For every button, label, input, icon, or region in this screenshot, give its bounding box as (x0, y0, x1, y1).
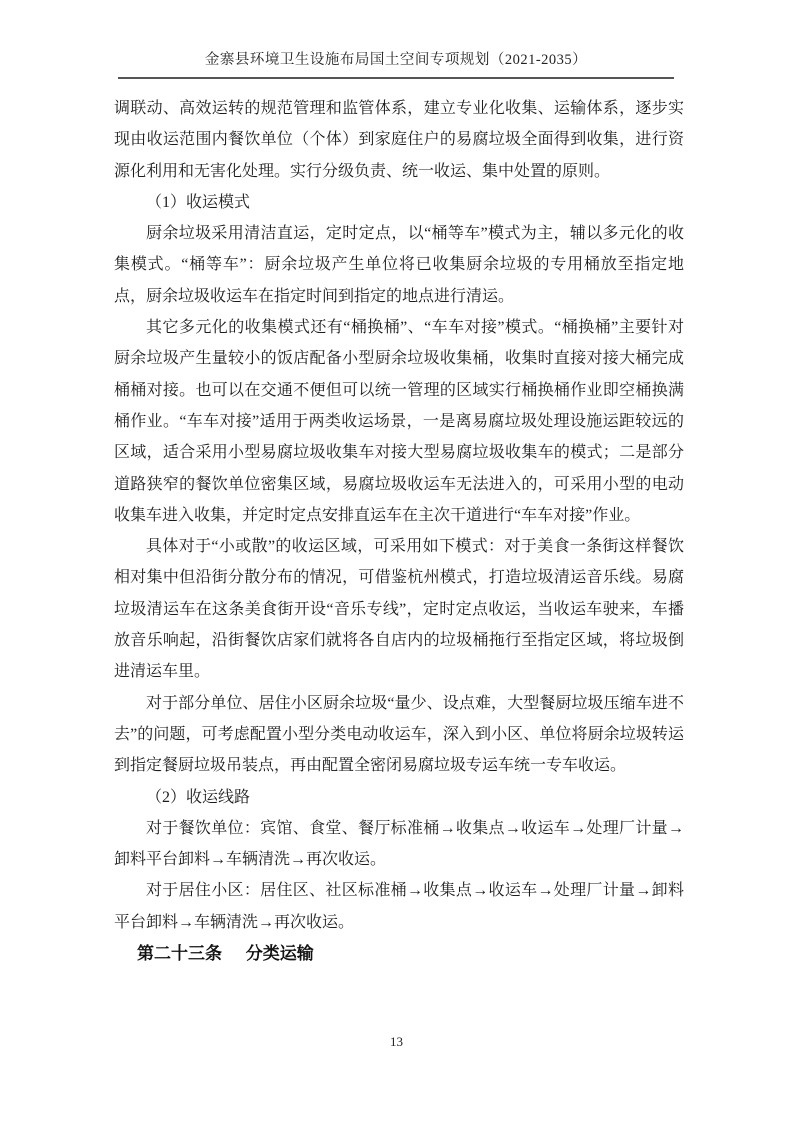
paragraph-route-catering: 对于餐饮单位：宾馆、食堂、餐厅标准桶→收集点→收运车→处理厂计量→卸料平台卸料→… (114, 813, 684, 876)
paragraph-small-units: 对于部分单位、居住小区厨余垃圾“量少、设点难，大型餐厨垃圾压缩车进不去”的问题，… (114, 688, 684, 782)
clause-number: 第二十三条 (137, 944, 222, 963)
page-footer: 13 (0, 1034, 793, 1050)
paragraph-carryover: 调联动、高效运转的规范管理和监管体系，建立专业化收集、运输体系，逐步实现由收运范… (114, 93, 684, 187)
paragraph-item-2-label: （2）收运线路 (114, 782, 684, 813)
page-number: 13 (390, 1034, 403, 1049)
header-title: 金寨县环境卫生设施布局国土空间专项规划（2021-2035） (205, 52, 587, 68)
document-page: 金寨县环境卫生设施布局国土空间专项规划（2021-2035） 调联动、高效运转的… (0, 0, 793, 1122)
clause-title: 分类运输 (246, 944, 314, 963)
clause-heading: 第二十三条分类运输 (114, 938, 684, 969)
paragraph-other-modes: 其它多元化的收集模式还有“桶换桶”、“车车对接”模式。“桶换桶”主要针对厨余垃圾… (114, 312, 684, 531)
paragraph-small-scattered: 具体对于“小或散”的收运区域，可采用如下模式：对于美食一条街这样餐饮相对集中但沿… (114, 531, 684, 687)
document-body: 调联动、高效运转的规范管理和监管体系，建立专业化收集、运输体系，逐步实现由收运范… (114, 93, 684, 969)
paragraph-item-1-label: （1）收运模式 (114, 187, 684, 218)
page-header: 金寨县环境卫生设施布局国土空间专项规划（2021-2035） (118, 52, 674, 79)
paragraph-collection-mode: 厨余垃圾采用清洁直运，定时定点，以“桶等车”模式为主，辅以多元化的收集模式。“桶… (114, 218, 684, 312)
paragraph-route-residential: 对于居住小区：居住区、社区标准桶→收集点→收运车→处理厂计量→卸料平台卸料→车辆… (114, 875, 684, 938)
